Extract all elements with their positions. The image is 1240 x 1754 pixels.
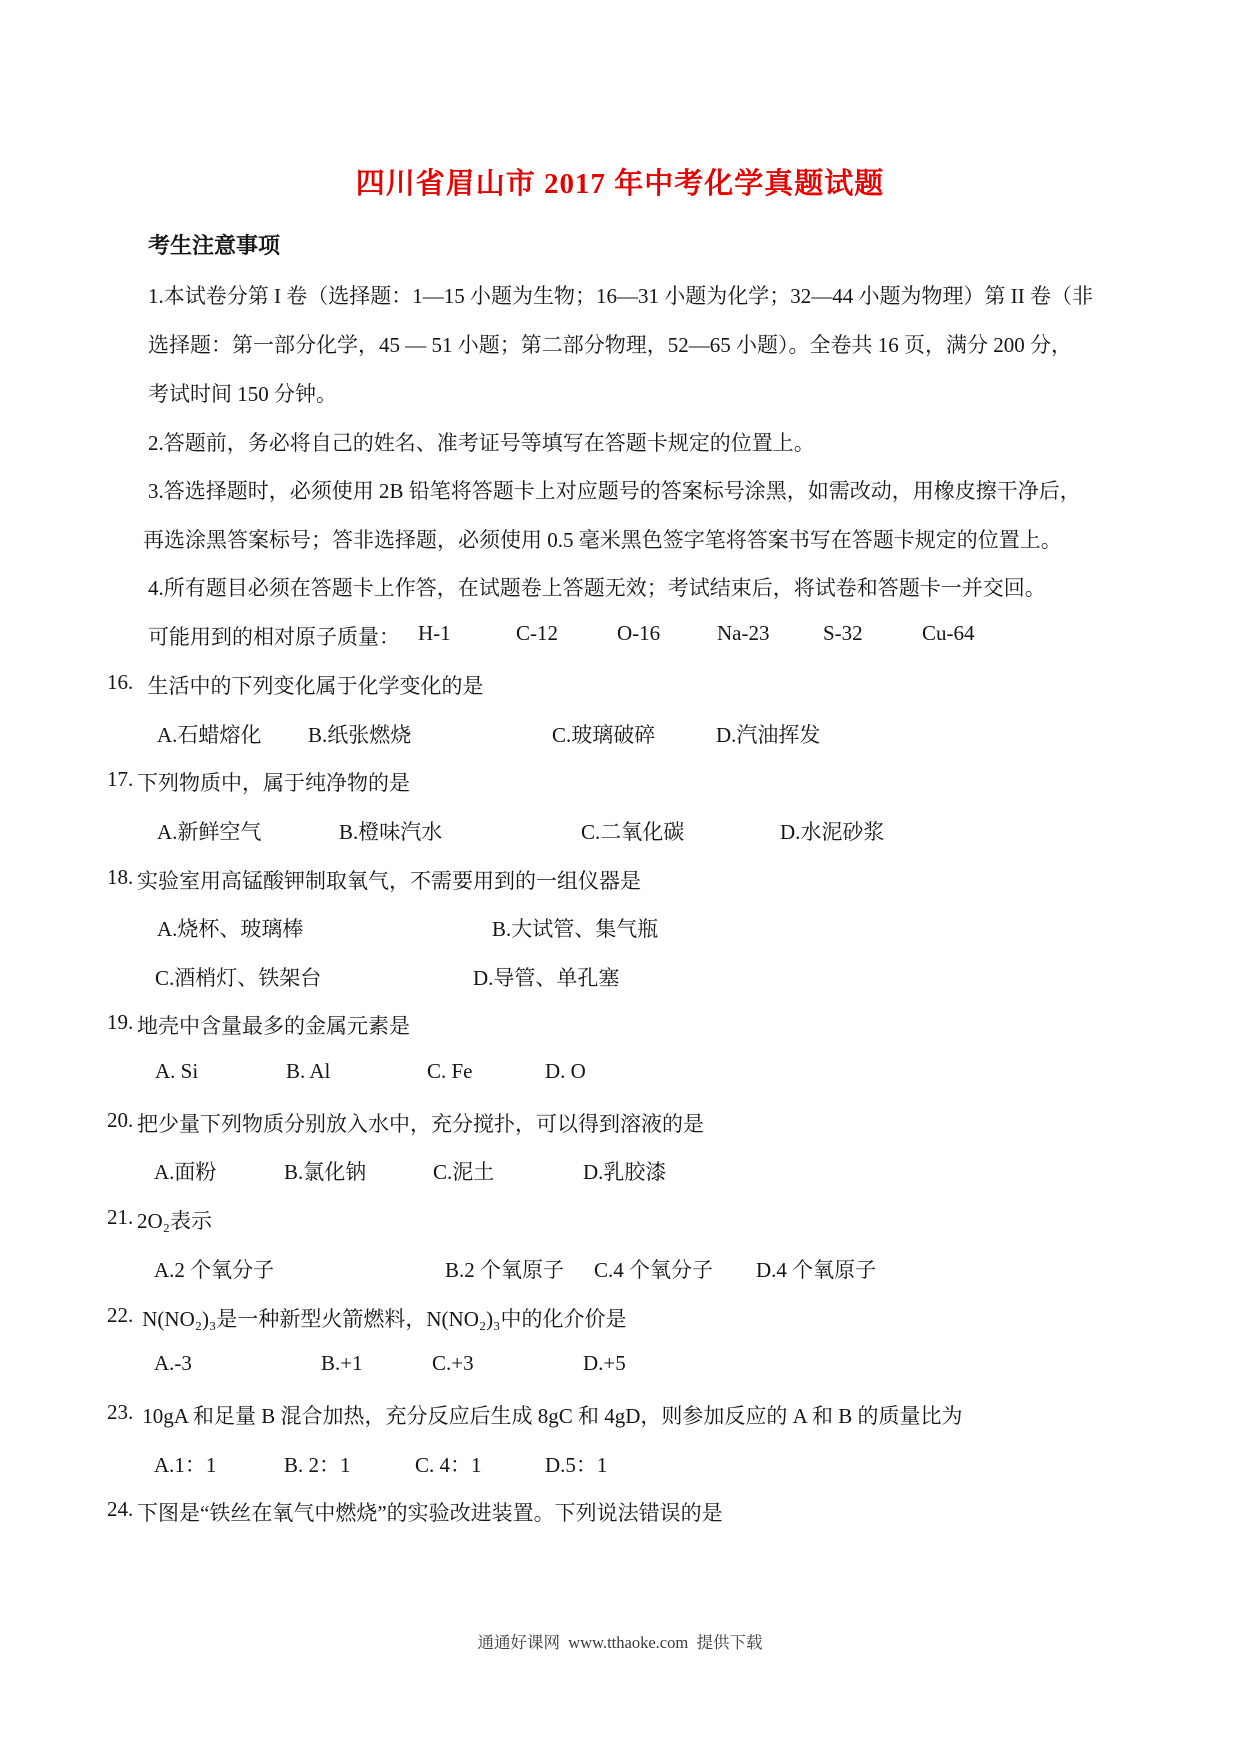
notice-line-5: 3.答选择题时，必须使用 2B 铅笔将答题卡上对应题号的答案标号涂黑，如需改动，… bbox=[0, 475, 1240, 509]
atomic-mass-value: Cu-64 bbox=[922, 621, 975, 646]
atomic-masses-line: 可能用到的相对原子质量： H-1 C-12 O-16 Na-23 S-32 Cu… bbox=[0, 621, 1240, 655]
option-a: A. Si bbox=[155, 1059, 198, 1084]
question-18-options-row-2: C.酒梢灯、铁架台 D.导管、单孔塞 bbox=[0, 962, 1240, 996]
question-23-options: A.1：1 B. 2：1 C. 4：1 D.5：1 bbox=[0, 1449, 1240, 1483]
question-24: 24. 下图是“铁丝在氧气中燃烧”的实验改进装置。下列说法错误的是 bbox=[0, 1497, 1240, 1531]
option-b: B.2 个氧原子 bbox=[445, 1254, 564, 1284]
question-17-options: A.新鲜空气 B.橙味汽水 C.二氧化碳 D.水泥砂浆 bbox=[0, 816, 1240, 850]
option-b: B.氯化钠 bbox=[284, 1156, 366, 1186]
notice-text: 考试时间 150 分钟。 bbox=[148, 378, 337, 408]
option-d: D.水泥砂浆 bbox=[780, 816, 884, 846]
option-d: D. O bbox=[545, 1059, 586, 1084]
question-stem: 下列物质中，属于纯净物的是 bbox=[137, 767, 410, 797]
option-a: A.2 个氧分子 bbox=[154, 1254, 274, 1284]
atomic-masses-label: 可能用到的相对原子质量： bbox=[148, 621, 400, 651]
question-number: 24. bbox=[107, 1497, 133, 1522]
question-number: 18. bbox=[107, 865, 133, 890]
option-c: C.二氧化碳 bbox=[581, 816, 684, 846]
question-number: 19. bbox=[107, 1010, 133, 1035]
atomic-mass-value: Na-23 bbox=[717, 621, 769, 646]
option-c: C. Fe bbox=[427, 1059, 473, 1084]
question-18: 18. 实验室用高锰酸钾制取氧气，不需要用到的一组仪器是 bbox=[0, 865, 1240, 899]
atomic-mass-value: O-16 bbox=[617, 621, 660, 646]
option-b: B. 2：1 bbox=[284, 1449, 351, 1479]
question-number: 17. bbox=[107, 767, 133, 792]
question-17: 17. 下列物质中，属于纯净物的是 bbox=[0, 767, 1240, 801]
option-c: C.4 个氧分子 bbox=[594, 1254, 713, 1284]
question-18-options-row-1: A.烧杯、玻璃棒 B.大试管、集气瓶 bbox=[0, 913, 1240, 947]
notice-line-7: 4.所有题目必须在答题卡上作答，在试题卷上答题无效；考试结束后，将试卷和答题卡一… bbox=[0, 572, 1240, 606]
option-d: D.导管、单孔塞 bbox=[473, 962, 619, 992]
footer-watermark: 通通好课网 www.tthaoke.com 提供下载 bbox=[0, 1629, 1240, 1653]
question-21-options: A.2 个氧分子 B.2 个氧原子 C.4 个氧分子 D.4 个氧原子 bbox=[0, 1254, 1240, 1288]
notice-line-3: 考试时间 150 分钟。 bbox=[0, 378, 1240, 412]
option-c: C.玻璃破碎 bbox=[552, 719, 655, 749]
notice-text: 3.答选择题时，必须使用 2B 铅笔将答题卡上对应题号的答案标号涂黑，如需改动，… bbox=[148, 475, 1081, 505]
option-d: D.乳胶漆 bbox=[583, 1156, 666, 1186]
question-16-options: A.石蜡熔化 B.纸张燃烧 C.玻璃破碎 D.汽油挥发 bbox=[0, 719, 1240, 753]
option-c: C.+3 bbox=[432, 1351, 474, 1376]
question-stem: 地壳中含量最多的金属元素是 bbox=[137, 1010, 410, 1040]
option-b: B.纸张燃烧 bbox=[308, 719, 411, 749]
option-c: C.泥土 bbox=[433, 1156, 494, 1186]
option-c: C. 4：1 bbox=[415, 1449, 482, 1479]
exam-title: 四川省眉山市 2017 年中考化学真题试题 bbox=[0, 161, 1240, 202]
atomic-mass-value: C-12 bbox=[516, 621, 558, 646]
option-a: A.石蜡熔化 bbox=[157, 719, 261, 749]
option-a: A.面粉 bbox=[154, 1156, 216, 1186]
question-number: 20. bbox=[107, 1108, 133, 1133]
option-c: C.酒梢灯、铁架台 bbox=[155, 962, 321, 992]
question-stem: 10gA 和足量 B 混合加热，充分反应后生成 8gC 和 4gD，则参加反应的… bbox=[137, 1400, 962, 1430]
question-19: 19. 地壳中含量最多的金属元素是 bbox=[0, 1010, 1240, 1044]
option-d: D.5：1 bbox=[545, 1449, 607, 1479]
notice-text: 再选涂黑答案标号；答非选择题，必须使用 0.5 毫米黑色签字笔将答案书写在答题卡… bbox=[143, 524, 1062, 554]
option-a: A.新鲜空气 bbox=[157, 816, 261, 846]
notice-line-4: 2.答题前，务必将自己的姓名、准考证号等填写在答题卡规定的位置上。 bbox=[0, 427, 1240, 461]
question-22-options: A.-3 B.+1 C.+3 D.+5 bbox=[0, 1351, 1240, 1385]
notice-line-6: 再选涂黑答案标号；答非选择题，必须使用 0.5 毫米黑色签字笔将答案书写在答题卡… bbox=[0, 524, 1240, 558]
question-stem: 把少量下列物质分别放入水中，充分搅扑，可以得到溶液的是 bbox=[137, 1108, 704, 1138]
option-b: B.大试管、集气瓶 bbox=[492, 913, 658, 943]
notice-heading: 考生注意事项 bbox=[148, 229, 280, 260]
option-b: B. Al bbox=[286, 1059, 330, 1084]
question-stem: 下图是“铁丝在氧气中燃烧”的实验改进装置。下列说法错误的是 bbox=[137, 1497, 723, 1527]
question-21: 21. 2O₂表示 bbox=[0, 1205, 1240, 1239]
question-stem: 2O₂表示 bbox=[137, 1205, 212, 1235]
option-a: A.-3 bbox=[154, 1351, 192, 1376]
question-number: 23. bbox=[107, 1400, 133, 1425]
question-stem: N(NO₂)₃是一种新型火箭燃料，N(NO₂)₃中的化介价是 bbox=[137, 1303, 627, 1333]
question-23: 23. 10gA 和足量 B 混合加热，充分反应后生成 8gC 和 4gD，则参… bbox=[0, 1400, 1240, 1434]
option-d: D.4 个氧原子 bbox=[756, 1254, 876, 1284]
question-20-options: A.面粉 B.氯化钠 C.泥土 D.乳胶漆 bbox=[0, 1156, 1240, 1190]
question-number: 16. bbox=[107, 670, 133, 695]
question-stem: 实验室用高锰酸钾制取氧气，不需要用到的一组仪器是 bbox=[137, 865, 641, 895]
question-16: 16. 生活中的下列变化属于化学变化的是 bbox=[0, 670, 1240, 704]
notice-line-1: 1.本试卷分第 I 卷（选择题：1—15 小题为生物；16—31 小题为化学；3… bbox=[0, 280, 1240, 314]
notice-line-2: 选择题：第一部分化学，45 — 51 小题；第二部分物理，52—65 小题）。全… bbox=[0, 329, 1240, 363]
question-number: 22. bbox=[107, 1303, 133, 1328]
option-b: B.+1 bbox=[321, 1351, 363, 1376]
notice-text: 4.所有题目必须在答题卡上作答，在试题卷上答题无效；考试结束后，将试卷和答题卡一… bbox=[148, 572, 1046, 602]
question-stem: 生活中的下列变化属于化学变化的是 bbox=[137, 670, 484, 700]
notice-text: 选择题：第一部分化学，45 — 51 小题；第二部分物理，52—65 小题）。全… bbox=[148, 329, 1072, 359]
exam-document-page: 四川省眉山市 2017 年中考化学真题试题 考生注意事项 1.本试卷分第 I 卷… bbox=[0, 0, 1240, 1754]
option-d: D.+5 bbox=[583, 1351, 626, 1376]
question-19-options: A. Si B. Al C. Fe D. O bbox=[0, 1059, 1240, 1093]
atomic-mass-value: H-1 bbox=[418, 621, 451, 646]
question-22: 22. N(NO₂)₃是一种新型火箭燃料，N(NO₂)₃中的化介价是 bbox=[0, 1303, 1240, 1337]
question-20: 20. 把少量下列物质分别放入水中，充分搅扑，可以得到溶液的是 bbox=[0, 1108, 1240, 1142]
atomic-mass-value: S-32 bbox=[823, 621, 863, 646]
question-number: 21. bbox=[107, 1205, 133, 1230]
notice-text: 1.本试卷分第 I 卷（选择题：1—15 小题为生物；16—31 小题为化学；3… bbox=[148, 280, 1093, 310]
notice-text: 2.答题前，务必将自己的姓名、准考证号等填写在答题卡规定的位置上。 bbox=[148, 427, 815, 457]
option-d: D.汽油挥发 bbox=[716, 719, 820, 749]
notice-heading-line: 考生注意事项 bbox=[0, 229, 1240, 263]
option-a: A.烧杯、玻璃棒 bbox=[157, 913, 303, 943]
option-a: A.1：1 bbox=[154, 1449, 216, 1479]
option-b: B.橙味汽水 bbox=[339, 816, 442, 846]
